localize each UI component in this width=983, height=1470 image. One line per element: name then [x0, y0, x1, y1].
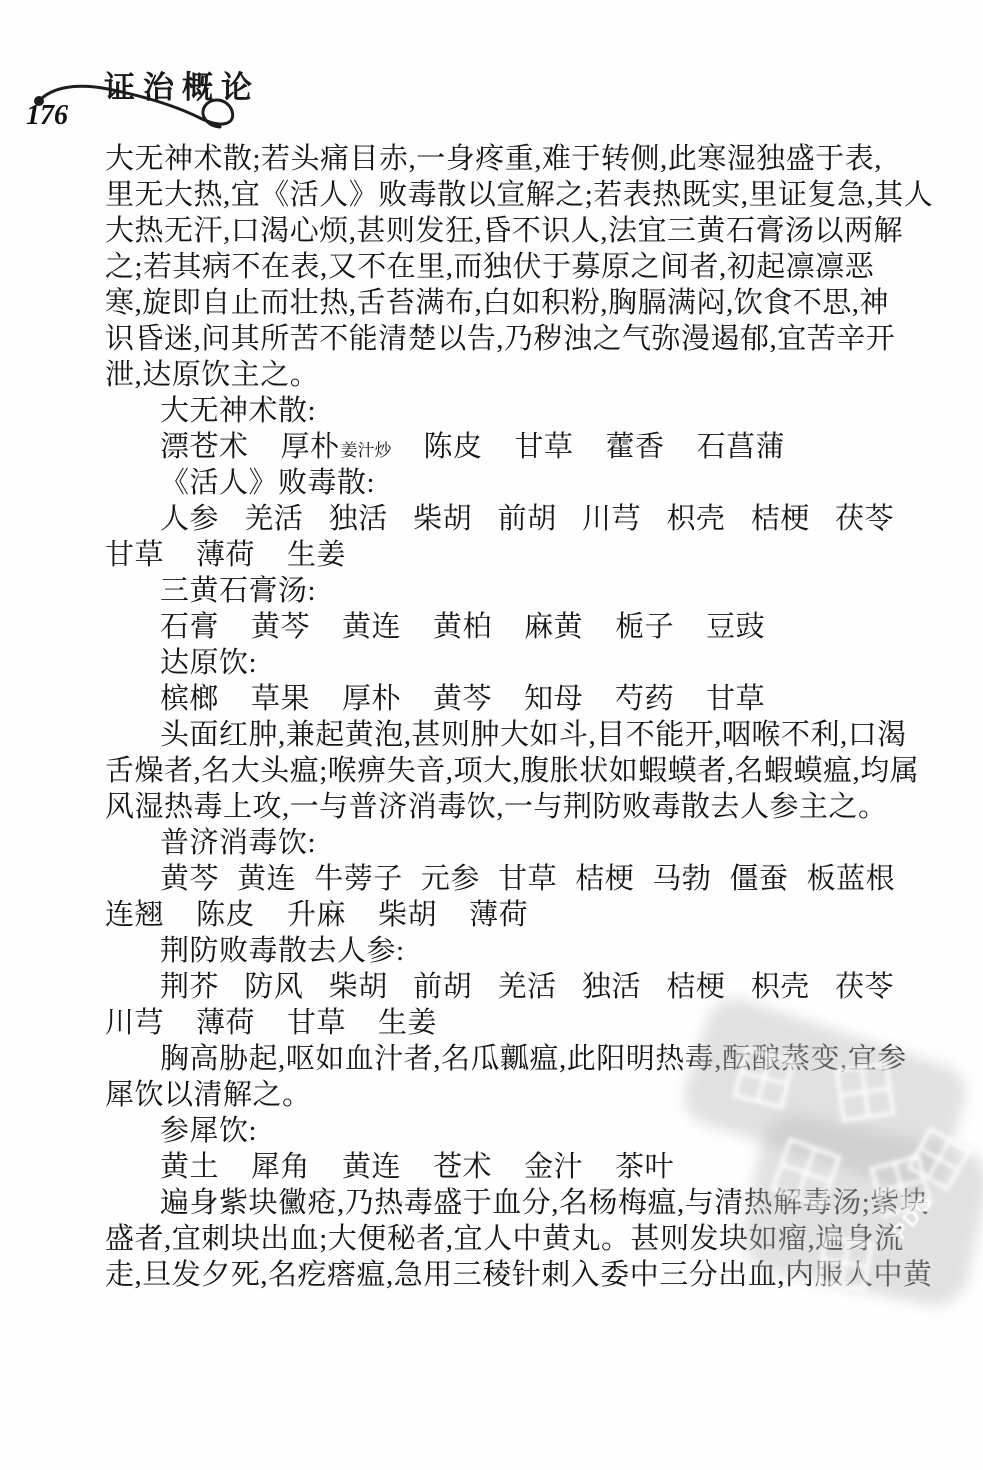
text-line: 舌燥者,名大头瘟;喉痹失音,项大,腹胀状如蝦蟆者,名蝦蟆瘟,均属: [105, 753, 925, 789]
ingredient: 枳壳: [666, 501, 725, 537]
ingredient: 陈皮: [196, 897, 255, 933]
ingredient: 黄连: [237, 861, 296, 897]
formula-title-line: 达原饮:: [105, 645, 925, 681]
ingredient-line: 黄土犀角黄连苍术金汁茶叶: [105, 1149, 925, 1185]
ingredient-line: 槟榔草果厚朴黄芩知母芍药甘草: [105, 681, 925, 717]
ingredient: 草果: [251, 681, 310, 717]
ingredient: 槟榔: [160, 681, 219, 717]
ingredient-line: 甘草薄荷生姜: [105, 537, 925, 573]
formula-title-line: 荆防败毒散去人参:: [105, 933, 925, 969]
ingredient: 柴胡: [329, 969, 388, 1005]
ingredient: 荆芥: [160, 969, 219, 1005]
ingredient: 柴胡: [378, 897, 437, 933]
ingredient: 石膏: [160, 609, 219, 645]
ingredient: 羌活: [498, 969, 557, 1005]
ingredient: 厚朴: [342, 681, 401, 717]
ingredient: 桔梗: [751, 501, 810, 537]
ingredient: 茶叶: [615, 1149, 674, 1185]
ingredient: 甘草: [498, 861, 557, 897]
ingredient: 黄芩: [251, 609, 310, 645]
ingredient: 黄芩: [160, 861, 219, 897]
ingredient: 牛蒡子: [314, 861, 403, 897]
ingredient-line: 漂苍术厚朴姜汁炒陈皮甘草藿香石菖蒲: [105, 429, 925, 465]
ingredient: 黄芩: [433, 681, 492, 717]
text-line: 识昏迷,问其所苦不能清楚以告,乃秽浊之气弥漫遏郁,宜苦辛开: [105, 321, 925, 357]
ingredient: 甘草: [515, 429, 574, 465]
ingredient: 枳壳: [751, 969, 810, 1005]
ingredient: 前胡: [413, 969, 472, 1005]
formula-title-line: 大无神术散:: [105, 393, 925, 429]
ingredient: 茯苓: [835, 969, 894, 1005]
formula-title-line: 《活人》败毒散:: [105, 465, 925, 501]
ingredient: 漂苍术: [160, 429, 249, 465]
ingredient: 独活: [582, 969, 641, 1005]
text-line: 走,旦发夕死,名疙瘩瘟,急用三稜针刺入委中三分出血,内服人中黄: [105, 1257, 925, 1293]
ingredient: 豆豉: [706, 609, 765, 645]
ingredient: 苍术: [433, 1149, 492, 1185]
ingredient: 羌活: [244, 501, 303, 537]
ingredient: 连翘: [105, 897, 164, 933]
ingredient: 甘草: [105, 537, 164, 573]
ingredient-line: 连翘陈皮升麻柴胡薄荷: [105, 897, 925, 933]
ingredient: 柴胡: [413, 501, 472, 537]
ingredient: 藿香: [606, 429, 665, 465]
ingredient: 川芎: [582, 501, 641, 537]
ingredient: 生姜: [287, 537, 346, 573]
ingredient: 桔梗: [666, 969, 725, 1005]
ingredient: 马勃: [652, 861, 711, 897]
ingredient: 薄荷: [196, 1005, 255, 1041]
ingredient-line: 石膏黄芩黄连黄柏麻黄栀子豆豉: [105, 609, 925, 645]
ingredient: 金汁: [524, 1149, 583, 1185]
text-line: 里无大热,宜《活人》败毒散以宣解之;若表热既实,里证复急,其人: [105, 177, 925, 213]
ingredient-line: 黄芩黄连牛蒡子元参甘草桔梗马勃僵蚕板蓝根: [105, 861, 925, 897]
text-block: 大无神术散;若头痛目赤,一身疼重,难于转侧,此寒湿独盛于表,里无大热,宜《活人》…: [105, 141, 925, 1293]
book-title: 证治概论: [104, 62, 260, 107]
text-line: 寒,旋即自止而壮热,舌苔满布,白如积粉,胸膈满闷,饮食不思,神: [105, 285, 925, 321]
ingredient: 独活: [329, 501, 388, 537]
ingredient-line: 川芎薄荷甘草生姜: [105, 1005, 925, 1041]
ingredient: 生姜: [378, 1005, 437, 1041]
text-line: 盛者,宜刺块出血;大便秘者,宜人中黄丸。甚则发块如瘤,遍身流: [105, 1221, 925, 1257]
ingredient: 薄荷: [469, 897, 528, 933]
text-line: 风湿热毒上攻,一与普济消毒饮,一与荆防败毒散去人参主之。: [105, 789, 925, 825]
ingredient: 石菖蒲: [697, 429, 786, 465]
ingredient: 川芎: [105, 1005, 164, 1041]
ingredient: 人参: [160, 501, 219, 537]
formula-title-line: 普济消毒饮:: [105, 825, 925, 861]
ingredient: 芍药: [615, 681, 674, 717]
scanned-book-page: 证治概论 176 大无神术散;若头痛目赤,一身疼重,难于转侧,此寒湿独盛于表,里…: [0, 0, 983, 1470]
ingredient: 升麻: [287, 897, 346, 933]
ingredient: 黄连: [342, 1149, 401, 1185]
ingredient: 厚朴姜汁炒: [281, 429, 392, 469]
text-line: 大无神术散;若头痛目赤,一身疼重,难于转侧,此寒湿独盛于表,: [105, 141, 925, 177]
text-line: 泄,达原饮主之。: [105, 357, 925, 393]
ingredient: 陈皮: [424, 429, 483, 465]
ingredient: 薄荷: [196, 537, 255, 573]
page-number: 176: [26, 100, 68, 132]
ingredient-line: 人参羌活独活柴胡前胡川芎枳壳桔梗茯苓: [105, 501, 925, 537]
ingredient: 僵蚕: [729, 861, 788, 897]
text-line: 遍身紫块黴疮,乃热毒盛于血分,名杨梅瘟,与清热解毒汤;紫块: [105, 1185, 925, 1221]
ingredient: 元参: [421, 861, 480, 897]
ingredient: 犀角: [251, 1149, 310, 1185]
ingredient: 前胡: [498, 501, 557, 537]
ingredient: 栀子: [615, 609, 674, 645]
text-line: 之;若其病不在表,又不在里,而独伏于募原之间者,初起凛凛恶: [105, 249, 925, 285]
ingredient-line: 荆芥防风柴胡前胡羌活独活桔梗枳壳茯苓: [105, 969, 925, 1005]
ingredient: 麻黄: [524, 609, 583, 645]
ingredient: 黄土: [160, 1149, 219, 1185]
text-line: 胸高胁起,呕如血汁者,名瓜瓤瘟,此阳明热毒,酝酿蒸变,宜参: [105, 1041, 925, 1077]
text-line: 大热无汗,口渴心烦,甚则发狂,昏不识人,法宜三黄石膏汤以两解: [105, 213, 925, 249]
ingredient: 板蓝根: [807, 861, 896, 897]
ingredient: 茯苓: [835, 501, 894, 537]
ingredient: 黄连: [342, 609, 401, 645]
ingredient: 黄柏: [433, 609, 492, 645]
formula-title-line: 三黄石膏汤:: [105, 573, 925, 609]
formula-title-line: 参犀饮:: [105, 1113, 925, 1149]
ingredient-name: 厚朴: [281, 431, 340, 463]
ingredient: 甘草: [706, 681, 765, 717]
ingredient: 知母: [524, 681, 583, 717]
text-line: 犀饮以清解之。: [105, 1077, 925, 1113]
ingredient: 甘草: [287, 1005, 346, 1041]
text-line: 头面红肿,兼起黄泡,甚则肿大如斗,目不能开,咽喉不利,口渴: [105, 717, 925, 753]
preparation-note: 姜汁炒: [341, 441, 392, 460]
ingredient: 防风: [244, 969, 303, 1005]
ingredient: 桔梗: [575, 861, 634, 897]
